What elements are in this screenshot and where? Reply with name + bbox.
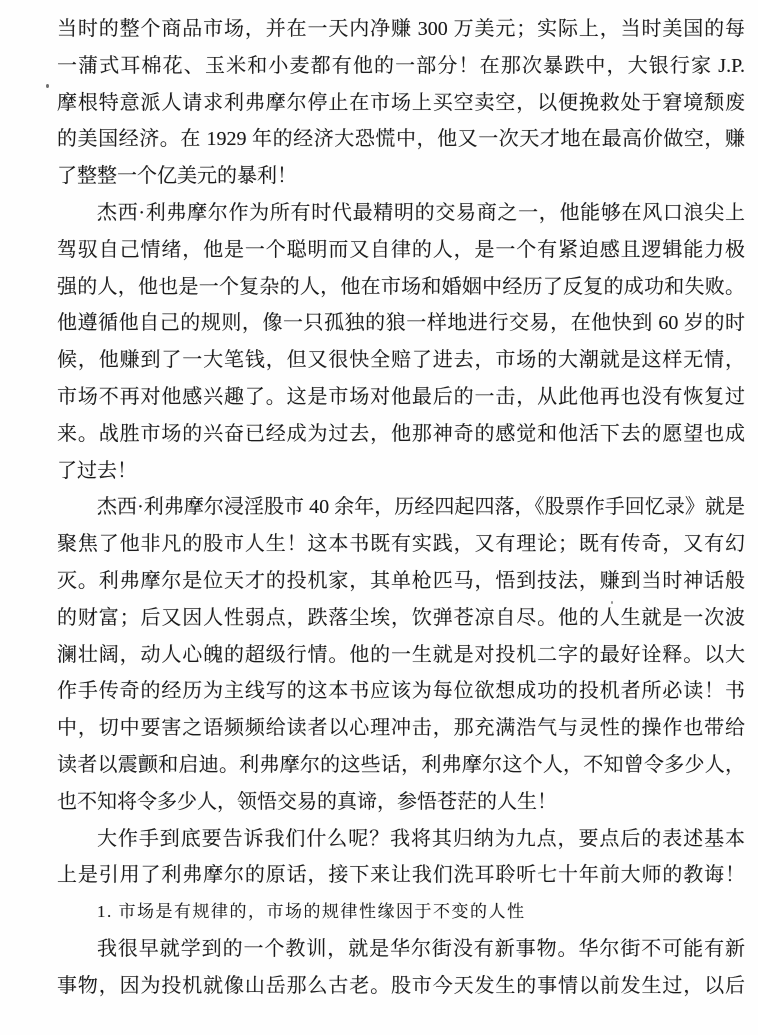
text-line: 来。战胜市场的兴奋已经成为过去，他那神奇的感觉和他活下去的愿望也成 bbox=[57, 416, 745, 453]
text-line: 当时的整个商品市场，并在一天内净赚 300 万美元；实际上，当时美国的每 bbox=[57, 11, 745, 48]
book-page: 当时的整个商品市场，并在一天内净赚 300 万美元；实际上，当时美国的每 一蒲式… bbox=[0, 0, 758, 1035]
text-line: 聚焦了他非凡的股市人生！这本书既有实践，又有理论；既有传奇，又有幻 bbox=[57, 526, 745, 563]
section-heading: 1. 市场是有规律的，市场的规律性缘因于不变的人性 bbox=[57, 894, 745, 931]
text-line: 中，切中要害之语频频给读者以心理冲击，那充满浩气与灵性的操作也带给 bbox=[57, 710, 745, 747]
text-line: 我很早就学到的一个教训，就是华尔街没有新事物。华尔街不可能有新 bbox=[57, 931, 745, 968]
text-line: 一蒲式耳棉花、玉米和小麦都有他的一部分！在那次暴跌中，大银行家 J.P. bbox=[57, 48, 745, 85]
text-line: 驾驭自己情绪，他是一个聪明而又自律的人，是一个有紧迫感且逻辑能力极 bbox=[57, 232, 745, 269]
text-line: 读者以震颤和启迪。利弗摩尔的这些话，利弗摩尔这个人，不知曾令多少人， bbox=[57, 747, 745, 784]
text-line: 杰西·利弗摩尔浸淫股市 40 余年，历经四起四落，《股票作手回忆录》就是 bbox=[57, 489, 745, 526]
text-line: 了整整一个亿美元的暴利！ bbox=[57, 158, 745, 195]
paragraph: 杰西·利弗摩尔作为所有时代最精明的交易商之一，他能够在风口浪尖上 驾驭自己情绪，… bbox=[57, 195, 745, 489]
text-line: 灭。利弗摩尔是位天才的投机家，其单枪匹马，悟到技法，赚到当时神话般 bbox=[57, 563, 745, 600]
text-line: 作手传奇的经历为主线写的这本书应该为每位欲想成功的投机者所必读！书 bbox=[57, 673, 745, 710]
text-line: 大作手到底要告诉我们什么呢？我将其归纳为九点，要点后的表述基本 bbox=[57, 821, 745, 858]
text-block: 当时的整个商品市场，并在一天内净赚 300 万美元；实际上，当时美国的每 一蒲式… bbox=[57, 11, 745, 1005]
text-line: 澜壮阔，动人心魄的超级行情。他的一生就是对投机二字的最好诠释。以大 bbox=[57, 637, 745, 674]
text-line: 他遵循他自己的规则，像一只孤独的狼一样地进行交易，在他快到 60 岁的时 bbox=[57, 305, 745, 342]
text-line: 摩根特意派人请求利弗摩尔停止在市场上买空卖空，以便挽救处于窘境颓废 bbox=[57, 85, 745, 122]
scan-speck bbox=[46, 84, 49, 88]
text-line: 强的人，他也是一个复杂的人，他在市场和婚姻中经历了反复的成功和失败。 bbox=[57, 269, 745, 306]
text-line: 上是引用了利弗摩尔的原话，接下来让我们洗耳聆听七十年前大师的教诲！ bbox=[57, 857, 745, 894]
text-line: 杰西·利弗摩尔作为所有时代最精明的交易商之一，他能够在风口浪尖上 bbox=[57, 195, 745, 232]
text-line: 的财富；后又因人性弱点，跌落尘埃，饮弹苍凉自尽。他的人生就是一次波 bbox=[57, 600, 745, 637]
section-heading-text: 1. 市场是有规律的，市场的规律性缘因于不变的人性 bbox=[57, 894, 745, 931]
text-line: 的美国经济。在 1929 年的经济大恐慌中，他又一次天才地在最高价做空，赚 bbox=[57, 121, 745, 158]
text-line: 市场不再对他感兴趣了。这是市场对他最后的一击，从此他再也没有恢复过 bbox=[57, 379, 745, 416]
paragraph: 我很早就学到的一个教训，就是华尔街没有新事物。华尔街不可能有新 事物，因为投机就… bbox=[57, 931, 745, 1005]
text-line: 了过去！ bbox=[57, 453, 745, 490]
text-line: 也不知将令多少人，领悟交易的真谛，参悟苍茫的人生！ bbox=[57, 784, 745, 821]
paragraph: 大作手到底要告诉我们什么呢？我将其归纳为九点，要点后的表述基本 上是引用了利弗摩… bbox=[57, 821, 745, 895]
paragraph: 当时的整个商品市场，并在一天内净赚 300 万美元；实际上，当时美国的每 一蒲式… bbox=[57, 11, 745, 195]
paragraph: 杰西·利弗摩尔浸淫股市 40 余年，历经四起四落，《股票作手回忆录》就是 聚焦了… bbox=[57, 489, 745, 820]
text-line: 候，他赚到了一大笔钱，但又很快全赔了进去，市场的大潮就是这样无情， bbox=[57, 342, 745, 379]
text-line: 事物，因为投机就像山岳那么古老。股市今天发生的事情以前发生过，以后 bbox=[57, 968, 745, 1005]
